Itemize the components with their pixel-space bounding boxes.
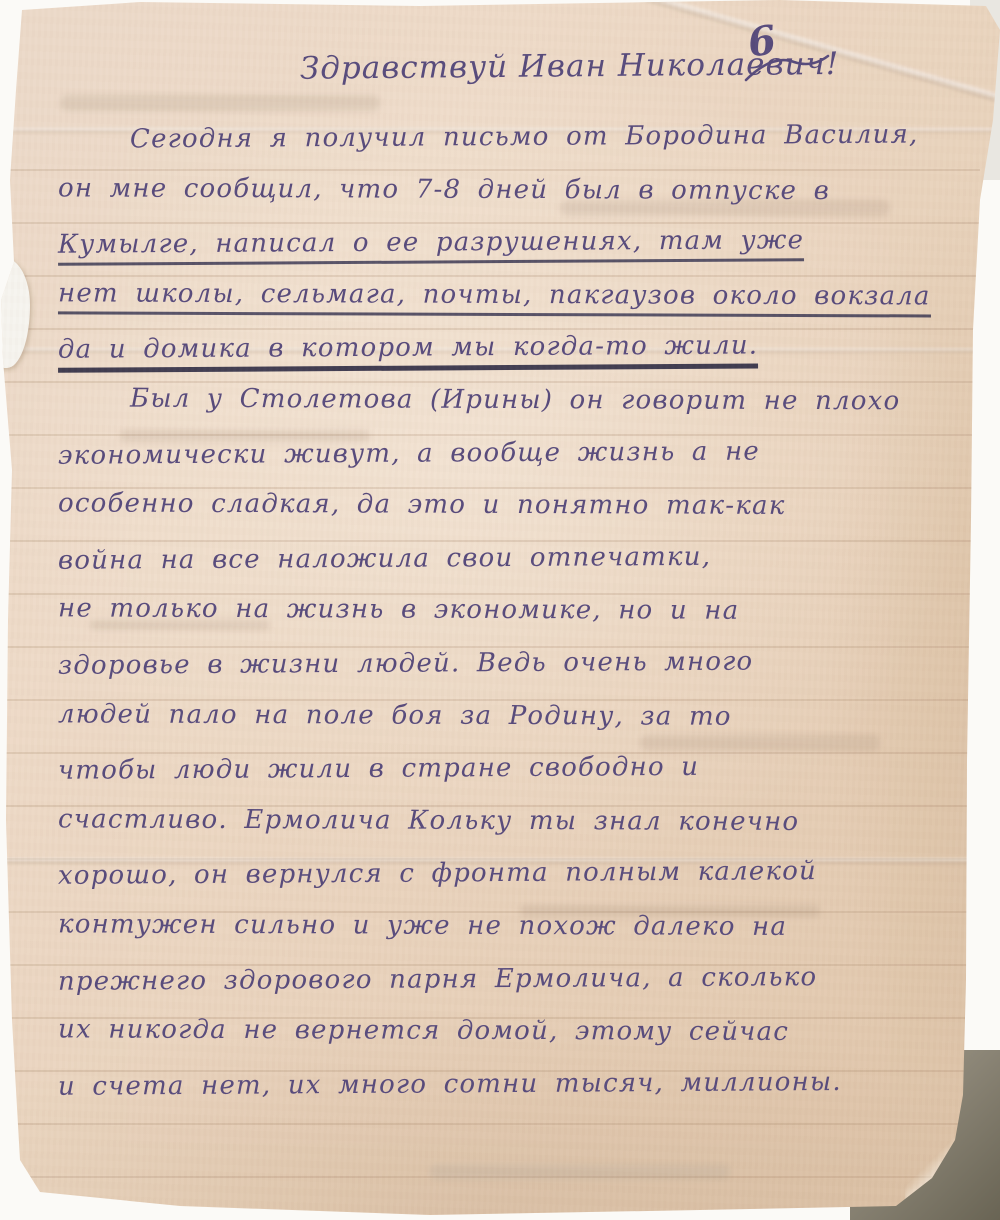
letter-line: здоровье в жизни людей. Ведь очень много [58, 645, 970, 703]
letter-greeting: Здравствуй Иван Николаевич! [300, 45, 920, 86]
letter-line-text: экономически живут, а вообще жизнь а не [58, 436, 760, 470]
letter-line-text: Был у Столетова (Ирины) он говорит не пл… [130, 384, 900, 417]
letter-line-text: прежнего здорового парня Ермолича, а ско… [58, 962, 818, 997]
letter-line: Был у Столетова (Ирины) он говорит не пл… [58, 383, 970, 439]
letter-line-text: нет школы, сельмага, почты, пакгаузов ок… [58, 278, 931, 317]
letter-line-text: не только на жизнь в экономике, но и на [58, 594, 739, 626]
letter-body: Сегодня я получил письмо от Бородина Вас… [58, 122, 970, 1121]
letter-line-text: особенно сладкая, да это и понятно так-к… [58, 489, 786, 522]
letter-line: людей пало на поле боя за Родину, за то [58, 699, 970, 755]
letter-line-text: людей пало на поле боя за Родину, за то [58, 699, 732, 731]
letter-line-text: их никогда не вернется домой, этому сейч… [58, 1015, 789, 1048]
letter-line-text: и счета нет, их много сотни тысяч, милли… [58, 1067, 842, 1102]
torn-edge-patch [0, 258, 30, 368]
letter-line-text: здоровье в жизни людей. Ведь очень много [58, 646, 754, 680]
letter-line: нет школы, сельмага, почты, пакгаузов ок… [58, 278, 970, 334]
letter-line: контужен сильно и уже не похож далеко на [58, 909, 970, 965]
letter-line-text: он мне сообщил, что 7-8 дней был в отпус… [58, 173, 830, 206]
letter-line: хорошо, он вернулся с фронта полным кале… [58, 856, 970, 914]
letter-line: война на все наложила свои отпечатки, [58, 540, 970, 598]
letter-line: да и домика в котором мы когда-то жили. [58, 330, 970, 388]
scanned-letter-page: { "document": { "kind": "handwritten let… [0, 0, 1000, 1220]
letter-line: их никогда не вернется домой, этому сейч… [58, 1015, 970, 1071]
letter-line-text: чтобы люди жили в стране свободно и [58, 752, 699, 786]
letter-line-text: Кумылге, написал о ее разрушениях, там у… [58, 225, 804, 266]
letter-line: прежнего здорового парня Ермолича, а ско… [58, 961, 970, 1019]
bleed-through-smudge [60, 95, 380, 111]
letter-line: экономически живут, а вообще жизнь а не [58, 435, 970, 493]
letter-line: Сегодня я получил письмо от Бородина Вас… [58, 119, 970, 177]
letter-line-text: хорошо, он вернулся с фронта полным кале… [58, 856, 817, 891]
letter-paper: 6 Здравствуй Иван Николаевич! Сегодня я … [0, 0, 1000, 1220]
letter-line: особенно сладкая, да это и понятно так-к… [58, 489, 970, 545]
letter-line-text: счастливо. Ермолича Кольку ты знал конеч… [58, 804, 799, 837]
letter-line: и счета нет, их много сотни тысяч, милли… [58, 1066, 970, 1124]
letter-line-text: контужен сильно и уже не похож далеко на [58, 909, 787, 942]
letter-line: чтобы люди жили в стране свободно и [58, 750, 970, 808]
bleed-through-smudge [430, 1165, 730, 1179]
letter-line: Кумылге, написал о ее разрушениях, там у… [58, 224, 970, 282]
letter-line-text: война на все наложила свои отпечатки, [58, 542, 711, 576]
letter-line-text: да и домика в котором мы когда-то жили. [58, 331, 759, 373]
letter-line-text: Сегодня я получил письмо от Бородина Вас… [130, 120, 919, 155]
letter-line: счастливо. Ермолича Кольку ты знал конеч… [58, 804, 970, 860]
letter-line: не только на жизнь в экономике, но и на [58, 594, 970, 650]
letter-line: он мне сообщил, что 7-8 дней был в отпус… [58, 173, 970, 229]
